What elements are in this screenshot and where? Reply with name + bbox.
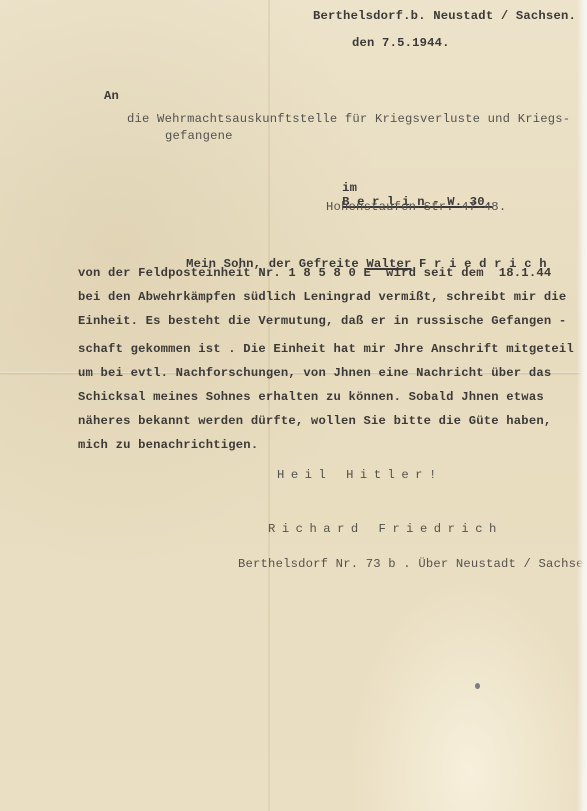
paper-right-edge [577, 0, 587, 811]
recipient-city-prefix: im [342, 181, 357, 195]
recipient-line-2: gefangene [165, 129, 233, 143]
body-line-6: um bei evtl. Nachforschungen, von Jhnen … [78, 366, 551, 380]
recipient-line-1: die Wehrmachtsauskunftstelle für Kriegsv… [127, 112, 570, 126]
sender-location: Berthelsdorf.b. Neustadt / Sachsen. [313, 9, 576, 23]
body-line-9: mich zu benachrichtigen. [78, 438, 258, 452]
body-line-7: Schicksal meines Sohnes erhalten zu könn… [78, 390, 544, 404]
sender-address: Berthelsdorf Nr. 73 b . Über Neustadt / … [238, 557, 584, 571]
recipient-street: Hohenstaufen Str. 47-48. [326, 200, 506, 214]
salutation-to: An [104, 89, 119, 103]
closing: Heil Hitler! [277, 468, 443, 482]
body-line-2: von der Feldposteinheit Nr. 1 8 5 8 0 E … [78, 266, 551, 280]
body-line-3: bei den Abwehrkämpfen südlich Leningrad … [78, 290, 566, 304]
ink-blot [475, 683, 480, 689]
body-line-8: näheres bekannt werden dürfte, wollen Si… [78, 414, 551, 428]
body-line-5: schaft gekommen ist . Die Einheit hat mi… [78, 342, 574, 356]
letter-date: den 7.5.1944. [352, 36, 450, 50]
signature: Richard Friedrich [268, 522, 503, 536]
body-line-4: Einheit. Es besteht die Vermutung, daß e… [78, 314, 566, 328]
recipient-city-line: im B e r l i n - W. 30. [312, 167, 492, 223]
letter-page: Berthelsdorf.b. Neustadt / Sachsen. den … [0, 0, 587, 811]
